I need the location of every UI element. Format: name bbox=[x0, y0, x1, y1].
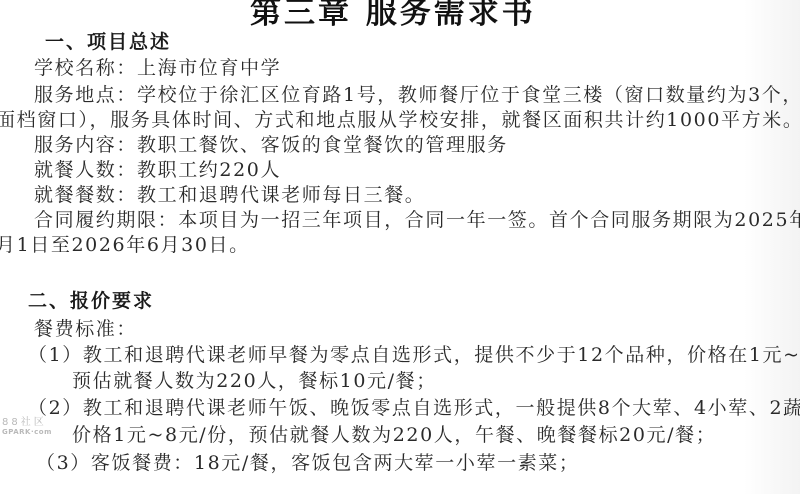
section-heading-project-overview: 一、项目总述 bbox=[45, 31, 171, 53]
contract-term-continuation: 月1日至2026年6月30日。 bbox=[0, 234, 250, 256]
section-heading-quotation-requirements: 二、报价要求 bbox=[28, 290, 154, 312]
service-location-line: 服务地点：学校位于徐汇区位育路1号，教师餐厅位于食堂三楼（窗口数量约为3个，合 bbox=[34, 84, 800, 106]
breakfast-item: （1）教工和退聘代课老师早餐为零点自选形式，提供不少于12个品种，价格在1元~6… bbox=[28, 344, 800, 366]
meal-fee-standard-label: 餐费标准： bbox=[34, 318, 137, 340]
service-content-line: 服务内容：教职工餐饮、客饭的食堂餐饮的管理服务 bbox=[34, 134, 508, 156]
watermark-top-text: 88社区 bbox=[2, 417, 72, 428]
guest-meal-item: （3）客饭餐费：18元/餐，客饭包含两大荤一小荤一素菜； bbox=[36, 452, 579, 474]
contract-term-line: 合同履约期限：本项目为一招三年项目，合同一年一签。首个合同服务期限为2025年 bbox=[34, 209, 800, 231]
service-location-continuation: 面档窗口），服务具体时间、方式和地点服从学校安排，就餐区面积共计约1000平方米… bbox=[0, 109, 800, 131]
lunch-dinner-item-continuation: 价格1元~8元/份，预估就餐人数为220人，午餐、晚餐餐标20元/餐； bbox=[72, 424, 716, 446]
diner-count-line: 就餐人数：教职工约220人 bbox=[34, 159, 281, 181]
lunch-dinner-item: （2）教工和退聘代课老师午饭、晚饭零点自选形式，一般提供8个大荤、4小荤、2蔬菜… bbox=[28, 397, 800, 419]
watermark-bottom-text: GPARK·com bbox=[2, 428, 72, 437]
breakfast-item-continuation: 预估就餐人数为220人，餐标10元/餐； bbox=[72, 370, 437, 392]
school-name-line: 学校名称：上海市位育中学 bbox=[34, 57, 281, 79]
document-page: 第三章 服务需求书 一、项目总述 学校名称：上海市位育中学 服务地点：学校位于徐… bbox=[0, 0, 800, 494]
site-watermark: 88社区 GPARK·com bbox=[2, 417, 72, 437]
meals-count-line: 就餐餐数：教工和退聘代课老师每日三餐。 bbox=[34, 184, 425, 206]
chapter-title: 第三章 服务需求书 bbox=[250, 0, 536, 32]
